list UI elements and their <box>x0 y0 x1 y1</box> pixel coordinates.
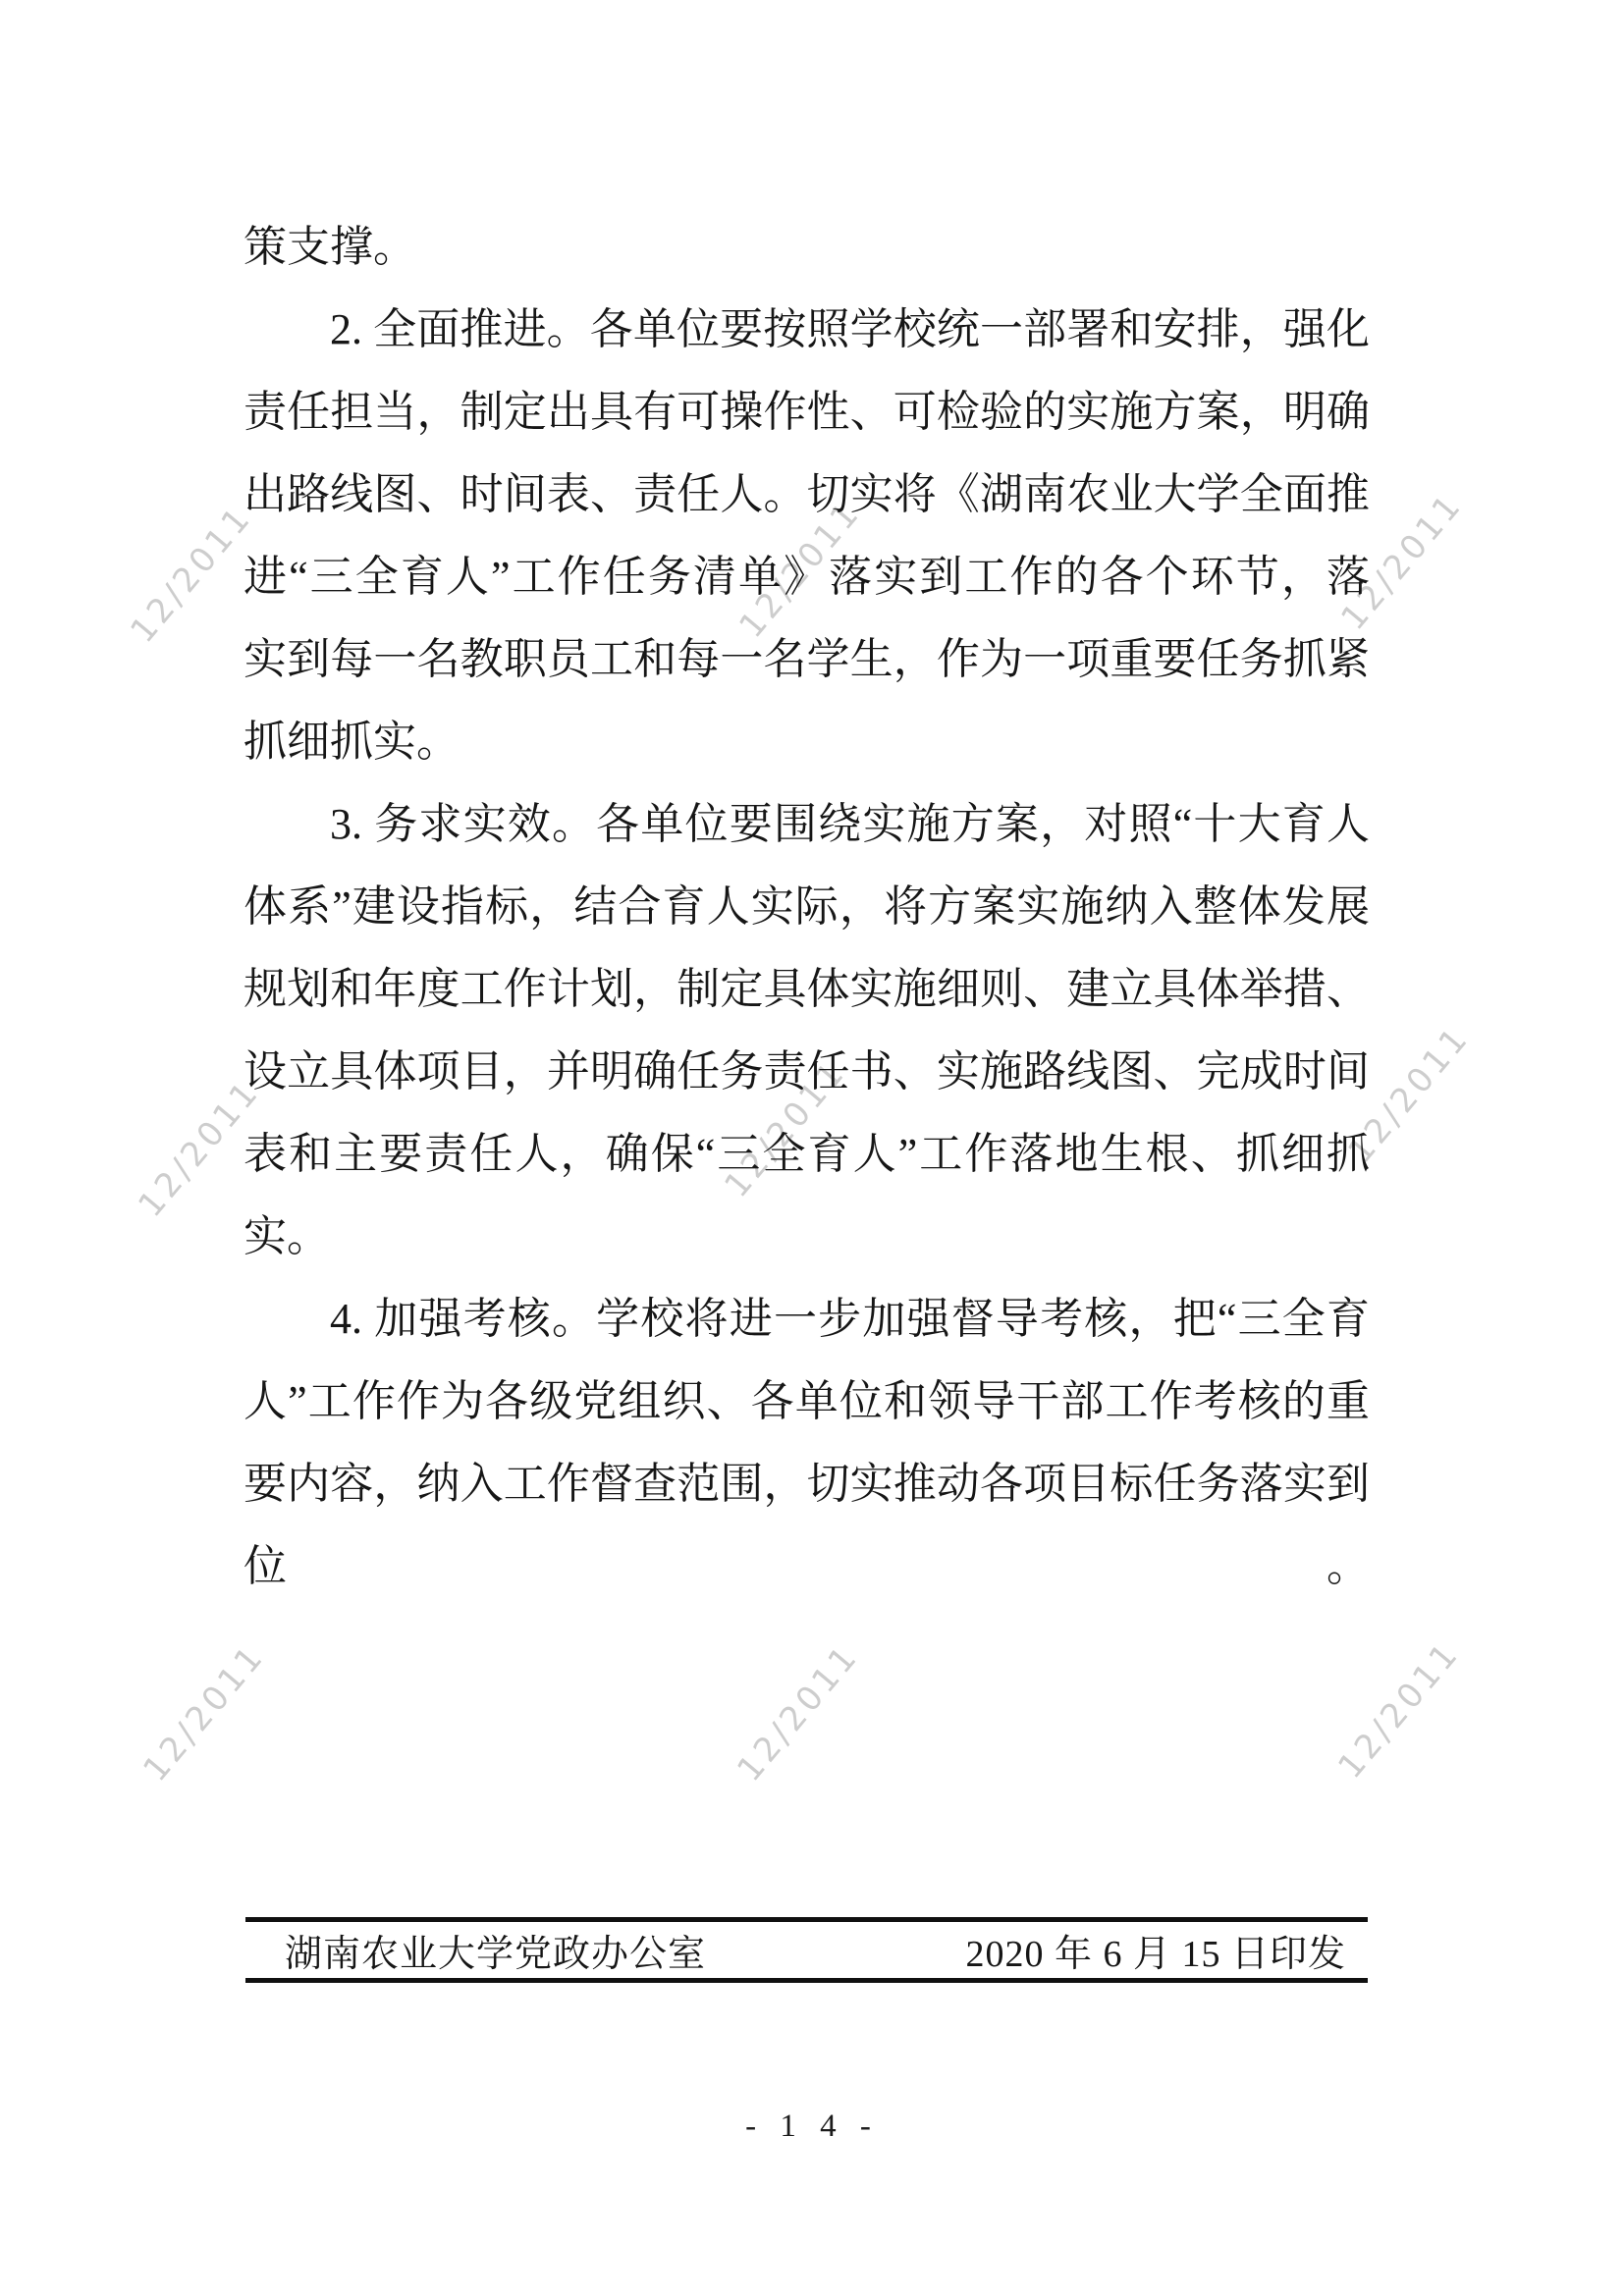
body-line: 策支撑。 <box>244 206 1370 289</box>
body-line: 实到每一名教职员工和每一名学生，作为一项重要任务抓紧 <box>244 618 1370 701</box>
body-line: 2. 全面推进。各单位要按照学校统一部署和安排，强化 <box>244 289 1370 371</box>
issuer-name: 湖南农业大学党政办公室 <box>285 1923 706 1977</box>
body-line: 进“三全育人”工作任务清单》落实到工作的各个环节，落 <box>244 536 1370 618</box>
document-page: 12/201112/201112/201112/201112/201112/20… <box>0 0 1624 2296</box>
footer-colophon: 湖南农业大学党政办公室 2020 年 6 月 15 日印发 <box>245 1917 1368 1983</box>
watermark-stamp: 12/2011 <box>123 498 259 650</box>
body-line: 出路线图、时间表、责任人。切实将《湖南农业大学全面推 <box>244 454 1370 536</box>
page-number: - 1 4 - <box>0 2109 1624 2145</box>
body-text: 策支撑。2. 全面推进。各单位要按照学校统一部署和安排，强化责任担当，制定出具有… <box>244 206 1370 1525</box>
body-line: 人”工作作为各级党组织、各单位和领导干部工作考核的重 <box>244 1361 1370 1443</box>
watermark-stamp: 12/2011 <box>730 1636 866 1789</box>
body-line: 体系”建设指标，结合育人实际，将方案实施纳入整体发展 <box>244 866 1370 948</box>
watermark-stamp: 12/2011 <box>1330 1633 1467 1786</box>
body-line: 3. 务求实效。各单位要围绕实施方案，对照“十大育人 <box>244 783 1370 866</box>
body-line: 要内容，纳入工作督查范围，切实推动各项目标任务落实到位。 <box>244 1443 1370 1525</box>
body-line: 抓细抓实。 <box>244 701 1370 783</box>
body-line: 4. 加强考核。学校将进一步加强督导考核，把“三全育 <box>244 1278 1370 1361</box>
body-line: 实。 <box>244 1196 1370 1278</box>
print-date: 2020 年 6 月 15 日印发 <box>965 1923 1346 1977</box>
body-line: 设立具体项目，并明确任务责任书、实施路线图、完成时间 <box>244 1031 1370 1113</box>
body-line: 表和主要责任人，确保“三全育人”工作落地生根、抓细抓 <box>244 1113 1370 1196</box>
body-line: 规划和年度工作计划，制定具体实施细则、建立具体举措、 <box>244 948 1370 1031</box>
watermark-stamp: 12/2011 <box>135 1636 272 1789</box>
body-line: 责任担当，制定出具有可操作性、可检验的实施方案，明确 <box>244 371 1370 454</box>
